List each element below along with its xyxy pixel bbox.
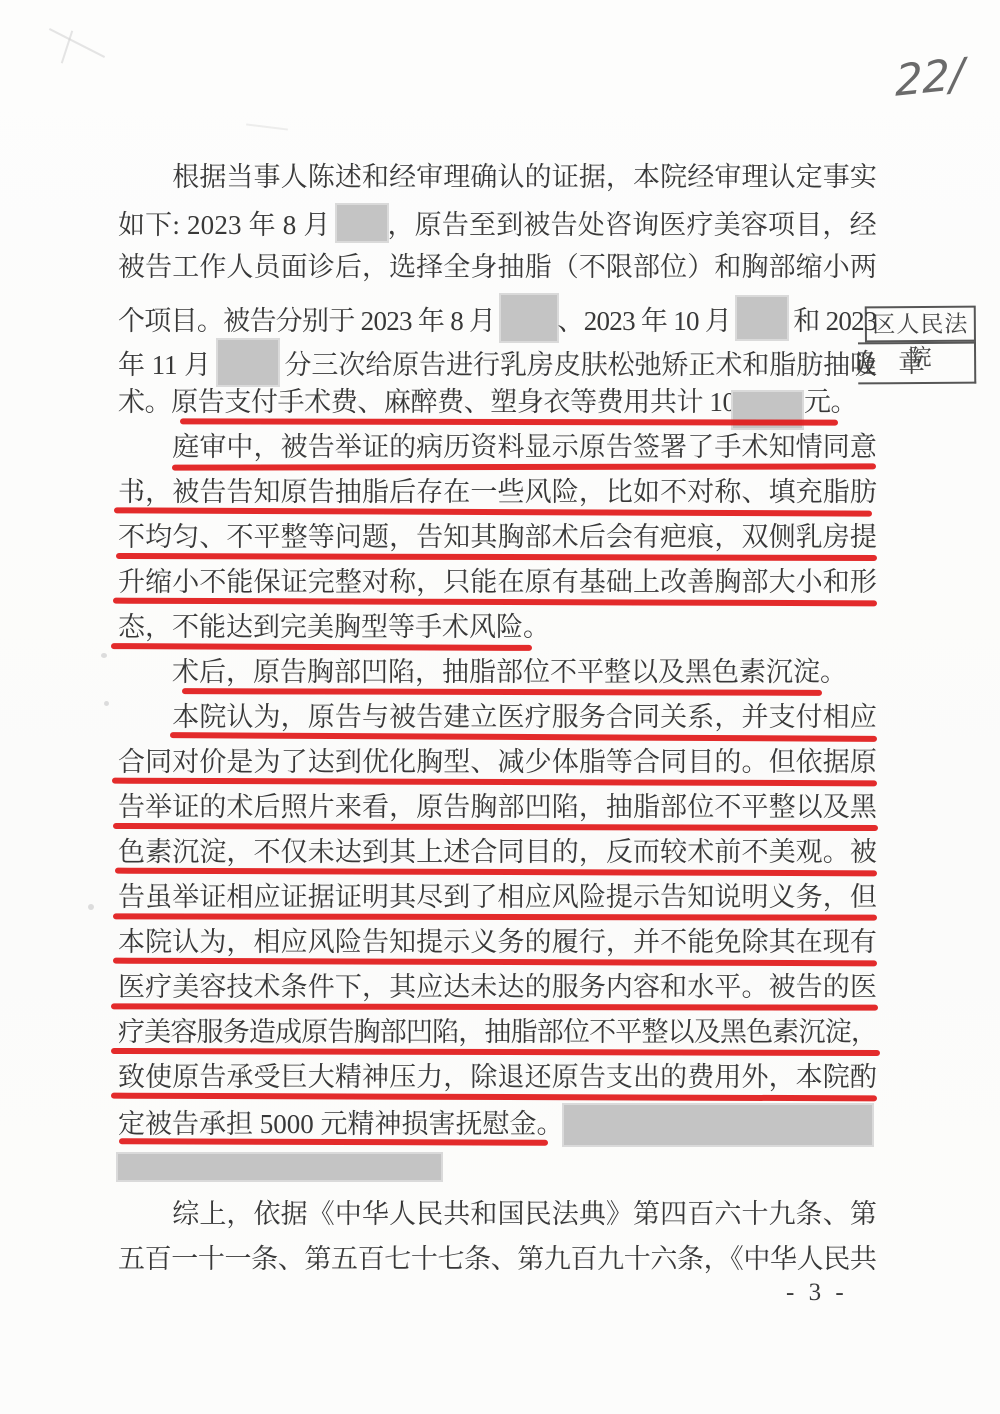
text-run: 疗美容服务造成原告胸部凹陷，抽脂部位不平整以及黑色素沉淀， bbox=[118, 1017, 877, 1047]
text-run: 个项目。被告分别于 2023 年 8 月 bbox=[118, 306, 501, 336]
text-run: 告虽举证相应证据证明其尽到了相应风险提示告知说明义务，但 bbox=[118, 882, 877, 912]
text-run: 分三次给原告进行乳房皮肤松弛矫正术和脂肪抽吸 bbox=[278, 350, 877, 380]
text-run: ，原告至到被告处咨询医疗美容项目，经 bbox=[387, 210, 876, 240]
red-underline-annotation bbox=[111, 643, 532, 651]
pencil-smudge bbox=[246, 123, 288, 130]
red-underline-annotation bbox=[113, 823, 878, 831]
red-underline-annotation bbox=[111, 1003, 878, 1010]
red-underline-annotation bbox=[113, 958, 877, 967]
redaction-box bbox=[337, 205, 387, 241]
text-line-16: 色素沉淀，不仅未达到其上述合同目的，反而较术前不美观。被 bbox=[118, 835, 877, 869]
redaction-box bbox=[501, 295, 557, 341]
page-number: - 3 - bbox=[786, 1279, 848, 1307]
text-line-14: 合同对价是为了达到优化胸型、减少体脂等合同目的。但依据原 bbox=[118, 745, 877, 779]
red-underline-annotation bbox=[113, 913, 877, 920]
text-line-15: 告举证的术后照片来看，原告胸部凹陷，抽脂部位不平整以及黑 bbox=[118, 790, 877, 824]
redaction-box bbox=[118, 1154, 441, 1180]
text-run: 态，不能达到完美胸型等手术风险。 bbox=[118, 612, 550, 642]
text-line-23 bbox=[118, 1150, 441, 1184]
text-run: 合同对价是为了达到优化胸型、减少体脂等合同目的。但依据原 bbox=[118, 747, 877, 777]
text-line-20: 疗美容服务造成原告胸部凹陷，抽脂部位不平整以及黑色素沉淀， bbox=[118, 1015, 877, 1049]
text-line-13: 本院认为，原告与被告建立医疗服务合同关系，并支付相应 bbox=[118, 700, 877, 734]
text-line-19: 医疗美容技术条件下，其应达未达的服务内容和水平。被告的医 bbox=[118, 970, 877, 1004]
text-run: 根据当事人陈述和经审理确认的证据，本院经审理认定事实 bbox=[118, 162, 877, 192]
scan-artifact-dot bbox=[104, 701, 109, 706]
red-underline-annotation bbox=[116, 553, 877, 561]
scanned-court-document-page: 22/ 区人民法院 缝章 - 3 - 根据当事人陈述和经审理确认的证据，本院经审… bbox=[0, 0, 1000, 1414]
red-underline-annotation bbox=[182, 688, 822, 696]
text-run: 庭审中，被告举证的病历资料显示原告签署了手术知情同意 bbox=[118, 432, 877, 462]
text-run: 综上，依据《中华人民共和国民法典》第四百六十九条、第 bbox=[118, 1199, 877, 1229]
red-underline-annotation bbox=[113, 598, 877, 607]
redaction-box bbox=[737, 297, 787, 339]
text-line-10: 升缩小不能保证完整对称，只能在原有基础上改善胸部大小和形 bbox=[118, 565, 877, 599]
scan-artifact-dot bbox=[101, 653, 107, 658]
text-line-2: 如下: 2023 年 8 月 ，原告至到被告处咨询医疗美容项目，经 bbox=[118, 205, 877, 239]
text-line-6: 术。原告支付手术费、麻醉费、塑身衣等费用共计 100600 元。 bbox=[118, 385, 857, 419]
text-line-1: 根据当事人陈述和经审理确认的证据，本院经审理认定事实 bbox=[118, 160, 877, 194]
redaction-box bbox=[564, 1105, 872, 1145]
red-underline-annotation bbox=[115, 868, 877, 877]
text-line-8: 书，被告告知原告抽脂后存在一些风险，比如不对称、填充脂肪 bbox=[118, 475, 877, 509]
text-line-21: 致使原告承受巨大精神压力，除退还原告支出的费用外，本院酌 bbox=[118, 1060, 877, 1094]
handwritten-page-number: 22/ bbox=[895, 49, 964, 107]
scan-artifact-dot bbox=[88, 904, 94, 910]
text-run: 和 2023 bbox=[787, 306, 877, 336]
red-underline-annotation bbox=[180, 418, 838, 425]
text-line-24: 综上，依据《中华人民共和国民法典》第四百六十九条、第 bbox=[118, 1197, 877, 1231]
text-run: 术。原告支付手术费、麻醉费、塑身衣等费用共计 10 bbox=[118, 387, 736, 417]
text-run: 致使原告承受巨大精神压力，除退还原告支出的费用外，本院酌 bbox=[118, 1062, 877, 1092]
text-run: 书，被告告知原告抽脂后存在一些风险，比如不对称、填充脂肪 bbox=[118, 477, 877, 507]
text-run: 被告工作人员面诊后，选择全身抽脂（不限部位）和胸部缩小两 bbox=[118, 252, 877, 282]
stamp-court-name: 区人民法院 bbox=[865, 306, 976, 343]
red-underline-annotation bbox=[119, 1138, 548, 1145]
text-run: 不均匀、不平整等问题，告知其胸部术后会有疤痕，双侧乳房提 bbox=[118, 522, 877, 552]
text-run: 如下: 2023 年 8 月 bbox=[118, 210, 337, 240]
redaction-box-digit-tops: 0600 bbox=[736, 385, 798, 421]
text-run: 本院认为，原告与被告建立医疗服务合同关系，并支付相应 bbox=[118, 702, 877, 732]
red-underline-annotation bbox=[172, 463, 876, 470]
text-run: 本院认为，相应风险告知提示义务的履行，并不能免除其在现有 bbox=[118, 927, 877, 957]
text-run: 、2023 年 10 月 bbox=[557, 306, 737, 336]
text-line-5: 年 11 月 分三次给原告进行乳房皮肤松弛矫正术和脂肪抽吸 bbox=[118, 340, 877, 374]
text-run: 术后，原告胸部凹陷，抽脂部位不平整以及黑色素沉淀。 bbox=[118, 657, 847, 687]
text-line-4: 个项目。被告分别于 2023 年 8 月 、2023 年 10 月 和 2023 bbox=[118, 295, 877, 329]
text-line-22: 定被告承担 5000 元精神损害抚慰金。 bbox=[118, 1105, 872, 1139]
redaction-box bbox=[218, 340, 278, 385]
text-run: 升缩小不能保证完整对称，只能在原有基础上改善胸部大小和形 bbox=[118, 567, 877, 597]
red-underline-annotation bbox=[111, 1093, 877, 1102]
text-line-18: 本院认为，相应风险告知提示义务的履行，并不能免除其在现有 bbox=[118, 925, 877, 959]
text-run: 元。 bbox=[798, 387, 858, 417]
stamp-zhang-character: 章 bbox=[898, 348, 925, 378]
text-line-3: 被告工作人员面诊后，选择全身抽脂（不限部位）和胸部缩小两 bbox=[118, 250, 877, 284]
red-underline-annotation bbox=[111, 1048, 880, 1056]
text-run: 医疗美容技术条件下，其应达未达的服务内容和水平。被告的医 bbox=[118, 972, 877, 1002]
text-run: 定被告承担 5000 元精神损害抚慰金。 bbox=[118, 1109, 564, 1139]
text-run: 五百一十一条、第五百七十七条、第九百九十六条，《中华人民共 bbox=[118, 1244, 877, 1274]
red-underline-annotation bbox=[112, 778, 877, 787]
text-line-11: 态，不能达到完美胸型等手术风险。 bbox=[118, 610, 550, 644]
text-line-25: 五百一十一条、第五百七十七条、第九百九十六条，《中华人民共 bbox=[118, 1242, 877, 1276]
text-line-9: 不均匀、不平整等问题，告知其胸部术后会有疤痕，双侧乳房提 bbox=[118, 520, 877, 554]
text-line-17: 告虽举证相应证据证明其尽到了相应风险提示告知说明义务，但 bbox=[118, 880, 877, 914]
text-run: 告举证的术后照片来看，原告胸部凹陷，抽脂部位不平整以及黑 bbox=[118, 792, 877, 822]
pencil-smudge bbox=[49, 28, 105, 58]
text-line-12: 术后，原告胸部凹陷，抽脂部位不平整以及黑色素沉淀。 bbox=[118, 655, 847, 689]
text-line-7: 庭审中，被告举证的病历资料显示原告签署了手术知情同意 bbox=[118, 430, 877, 464]
text-run: 色素沉淀，不仅未达到其上述合同目的，反而较术前不美观。被 bbox=[118, 837, 877, 867]
text-run: 年 11 月 bbox=[118, 350, 218, 380]
